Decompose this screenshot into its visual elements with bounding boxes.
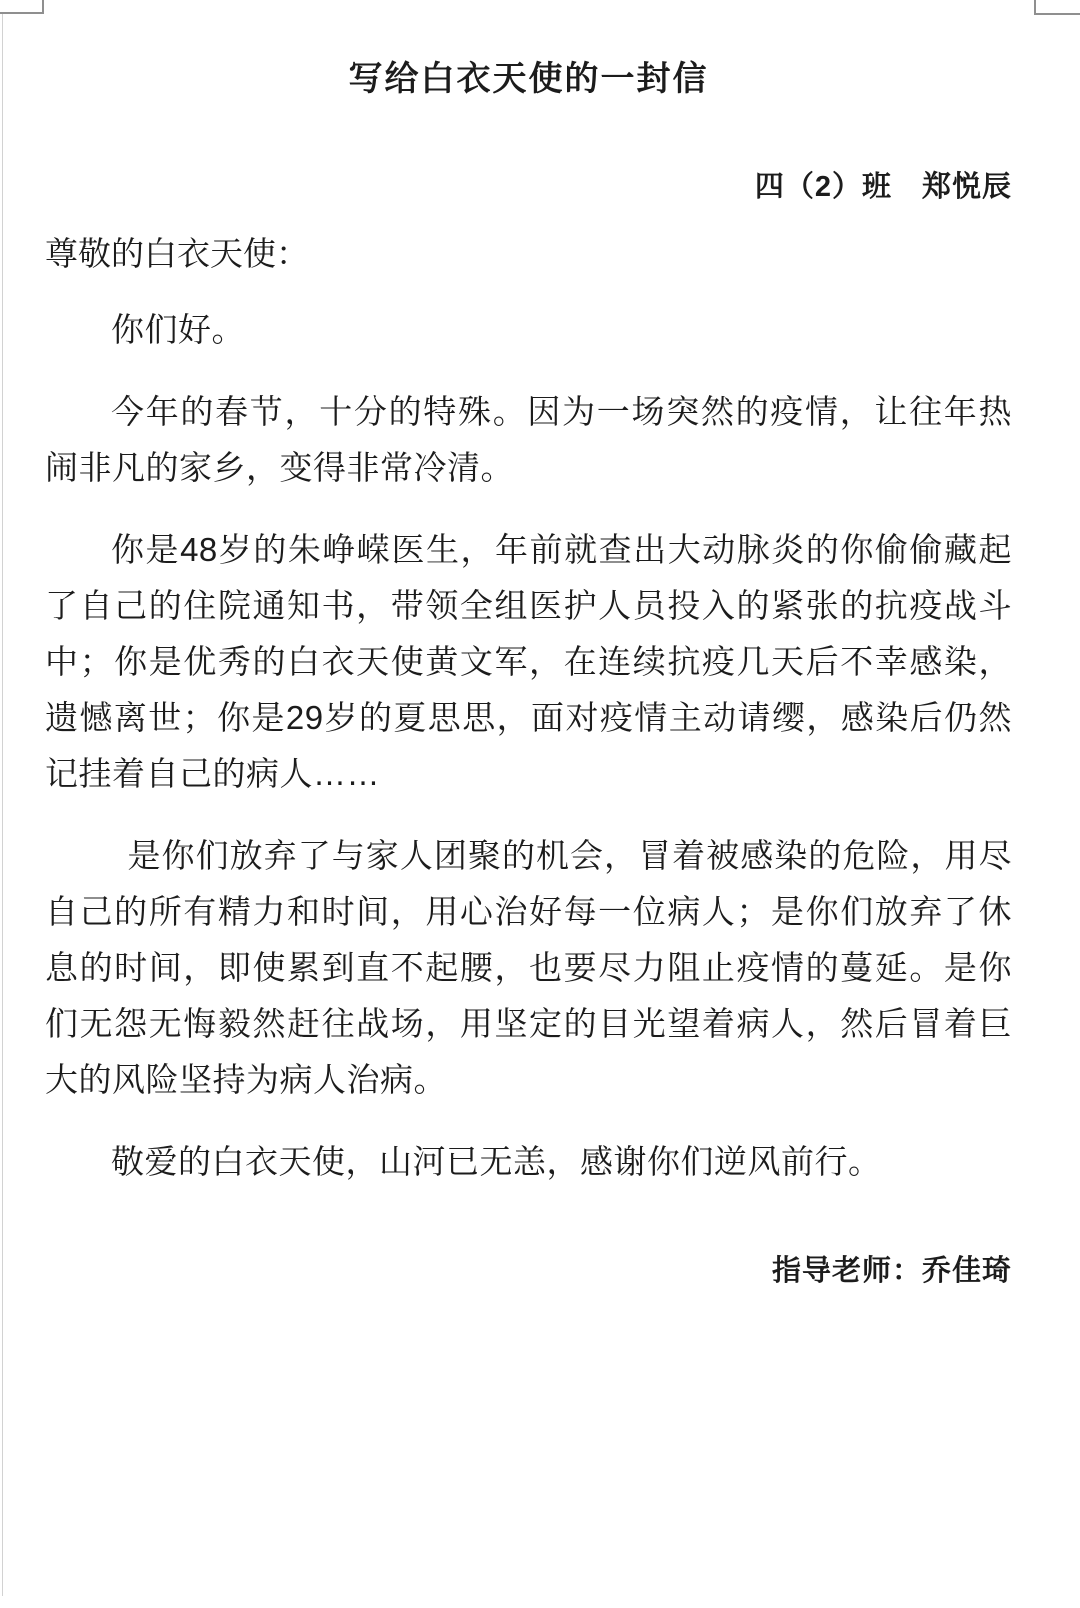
paragraph-thanks: 敬爱的白衣天使，山河已无恙，感谢你们逆风前行。 xyxy=(45,1134,1012,1190)
letter-content: 写给白衣天使的一封信 四（2）班 郑悦辰 尊敬的白衣天使： 你们好。 今年的春节… xyxy=(0,0,1080,1288)
paragraph-sacrifice: 是你们放弃了与家人团聚的机会，冒着被感染的危险，用尽自己的所有精力和时间，用心治… xyxy=(45,828,1012,1108)
letter-page: 写给白衣天使的一封信 四（2）班 郑悦辰 尊敬的白衣天使： 你们好。 今年的春节… xyxy=(0,0,1080,1608)
letter-title: 写给白衣天使的一封信 xyxy=(45,58,1012,100)
paragraph-greeting: 你们好。 xyxy=(45,302,1012,358)
teacher-signature: 指导老师：乔佳琦 xyxy=(45,1254,1012,1288)
paragraph-spring-festival: 今年的春节，十分的特殊。因为一场突然的疫情，让往年热闹非凡的家乡，变得非常冷清。 xyxy=(45,384,1012,496)
author-byline: 四（2）班 郑悦辰 xyxy=(45,170,1012,204)
paragraph-doctors: 你是48岁的朱峥嵘医生，年前就查出大动脉炎的你偷偷藏起了自己的住院通知书，带领全… xyxy=(45,522,1012,802)
salutation: 尊敬的白衣天使： xyxy=(45,232,1012,276)
